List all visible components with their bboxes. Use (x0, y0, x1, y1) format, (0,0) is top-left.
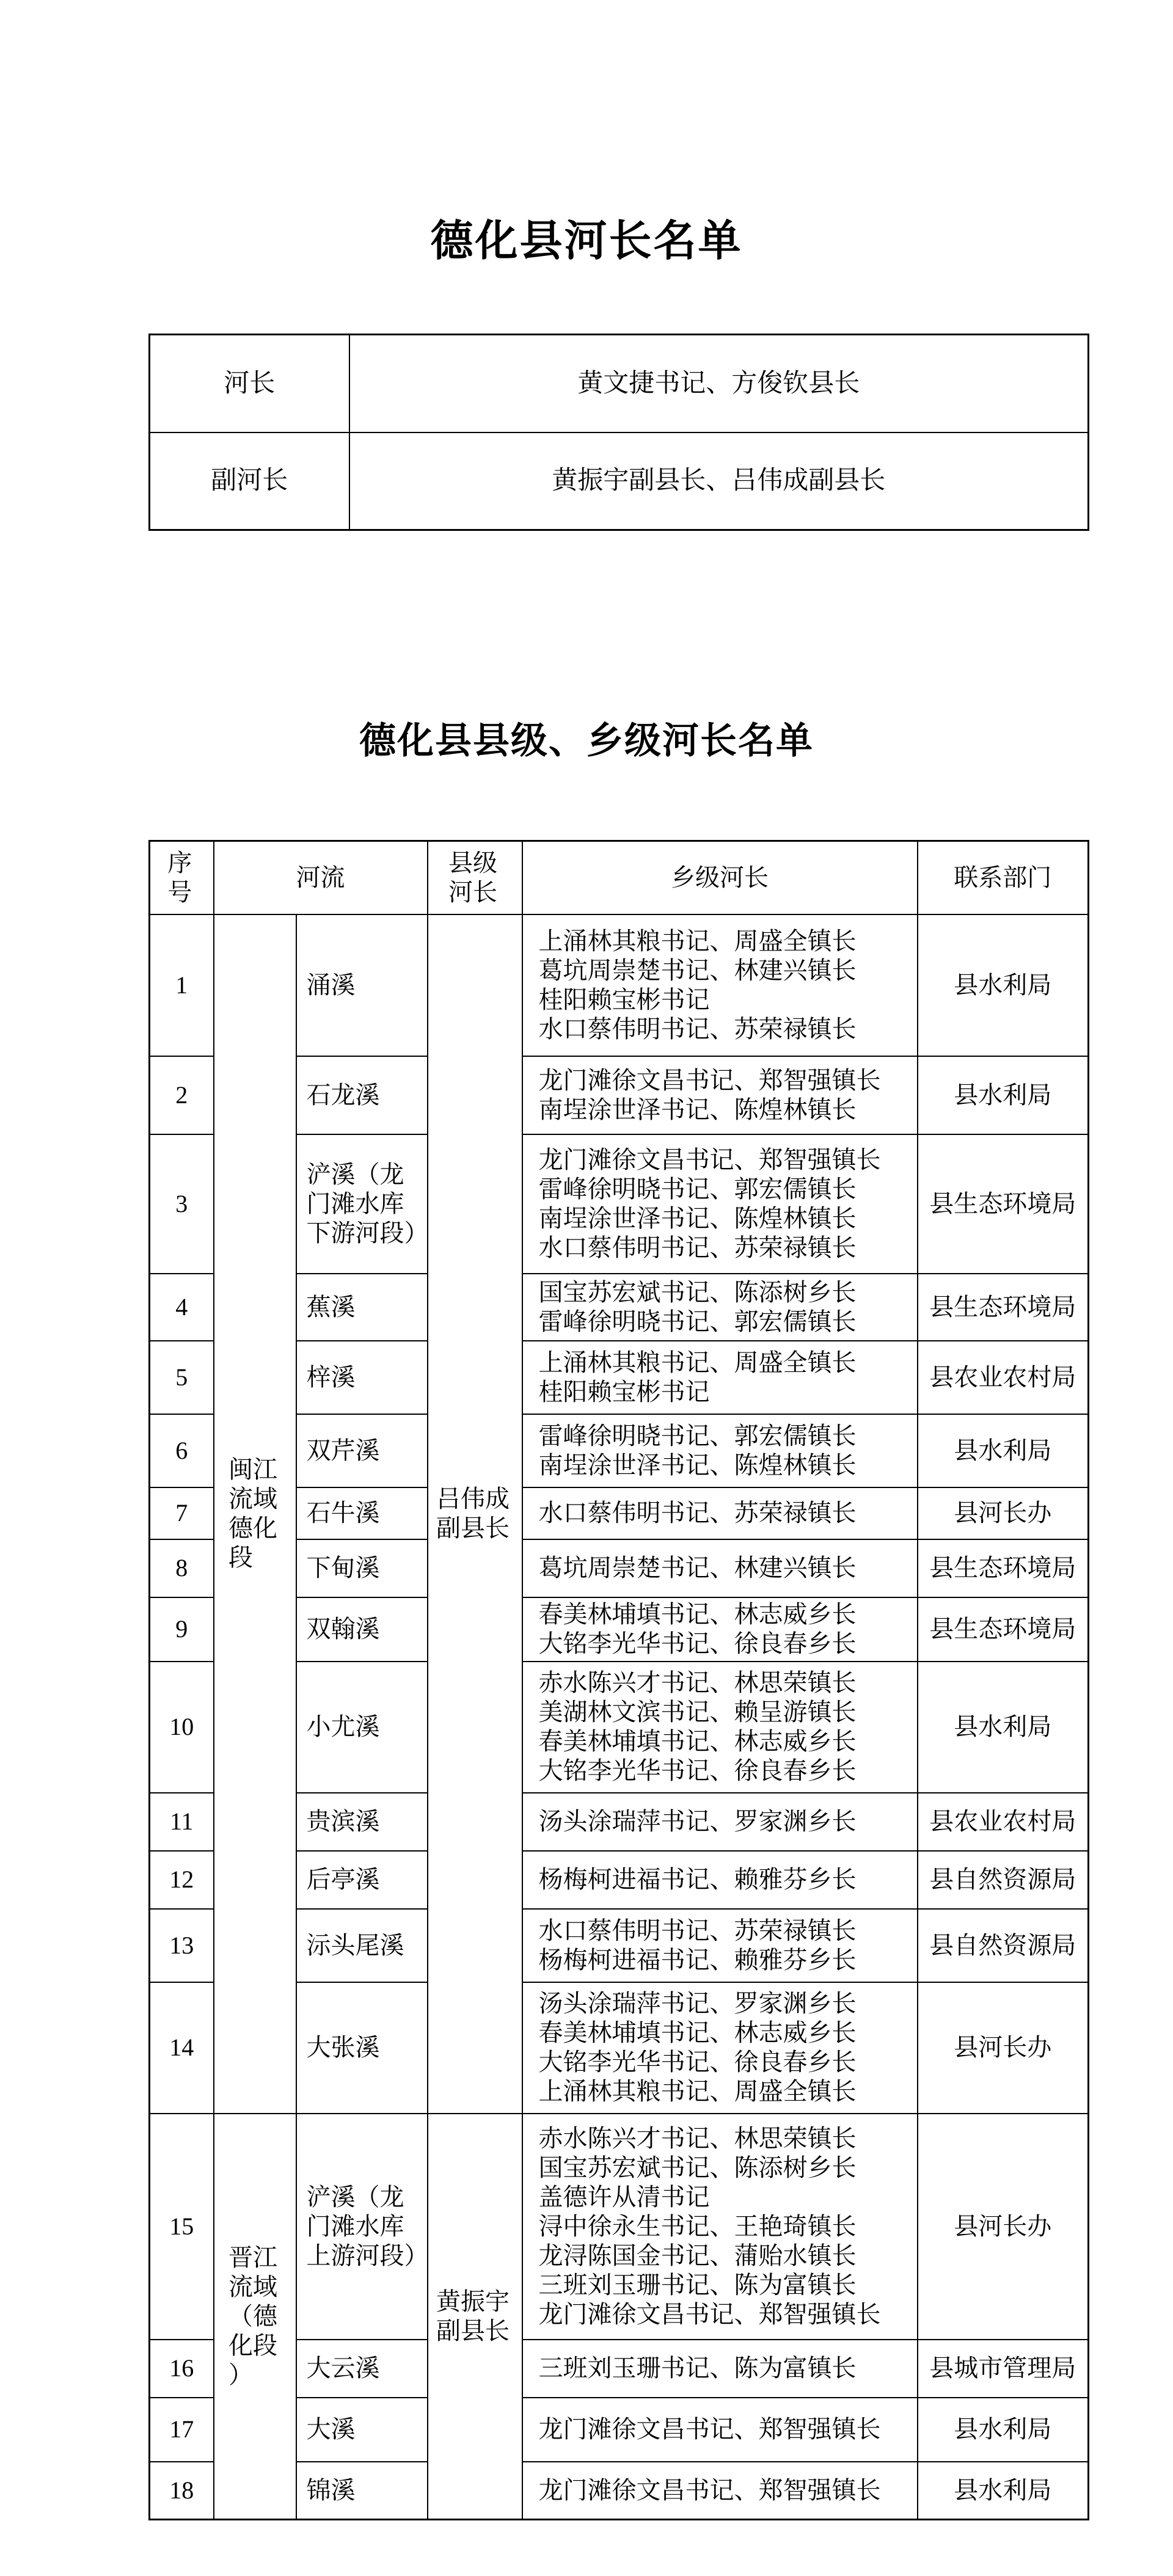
seq-cell: 14 (150, 1982, 214, 2114)
seq-cell: 7 (150, 1487, 214, 1539)
county-chief-cell: 黄振宇副县长 (428, 2114, 522, 2520)
header-no: 序号 (150, 841, 214, 914)
department-cell: 县生态环境局 (918, 1274, 1089, 1341)
seq-cell: 2 (150, 1056, 214, 1134)
township-chiefs-cell: 雷峰徐明晓书记、郭宏儒镇长 南埕涂世泽书记、陈煌林镇长 (522, 1414, 918, 1487)
township-chiefs-cell: 龙门滩徐文昌书记、郑智强镇长 南埕涂世泽书记、陈煌林镇长 (522, 1056, 918, 1134)
township-chiefs-cell: 龙门滩徐文昌书记、郑智强镇长 (522, 2398, 918, 2462)
section-title: 德化县县级、乡级河长名单 (0, 721, 1173, 761)
river-cell: 大云溪 (296, 2340, 428, 2398)
department-cell: 县河长办 (918, 1487, 1089, 1539)
department-cell: 县生态环境局 (918, 1597, 1089, 1662)
township-chiefs-cell: 赤水陈兴才书记、林思荣镇长 美湖林文滨书记、赖呈游镇长 春美林埔填书记、林志威乡… (522, 1662, 918, 1793)
river-cell: 双芹溪 (296, 1414, 428, 1487)
table-row: 1 闽江流域德化段 涌溪 吕伟成副县长 上涌林其粮书记、周盛全镇长 葛坑周崇楚书… (150, 914, 1089, 1056)
township-chiefs-cell: 水口蔡伟明书记、苏荣禄镇长 (522, 1487, 918, 1539)
township-chiefs-cell: 上涌林其粮书记、周盛全镇长 葛坑周崇楚书记、林建兴镇长 桂阳赖宝彬书记 水口蔡伟… (522, 914, 918, 1056)
seq-cell: 15 (150, 2114, 214, 2340)
department-cell: 县农业农村局 (918, 1793, 1089, 1851)
river-cell: 蕉溪 (296, 1274, 428, 1341)
department-cell: 县生态环境局 (918, 1134, 1089, 1274)
department-cell: 县水利局 (918, 2398, 1089, 2462)
department-cell: 县水利局 (918, 1414, 1089, 1487)
chief-role-label: 副河长 (150, 432, 349, 530)
department-cell: 县生态环境局 (918, 1539, 1089, 1597)
seq-cell: 1 (150, 914, 214, 1056)
river-cell: 石龙溪 (296, 1056, 428, 1134)
header-department: 联系部门 (918, 841, 1089, 914)
header-township-chief: 乡级河长 (522, 841, 918, 914)
header-river: 河流 (214, 841, 428, 914)
chief-names: 黄振宇副县长、吕伟成副县长 (349, 432, 1089, 530)
department-cell: 县河长办 (918, 1982, 1089, 2114)
department-cell: 县河长办 (918, 2114, 1089, 2340)
seq-cell: 18 (150, 2462, 214, 2520)
seq-cell: 10 (150, 1662, 214, 1793)
document-page: { "doc": { "title_main": "德化县河长名单", "tit… (0, 0, 1173, 2576)
township-chiefs-cell: 汤头涂瑞萍书记、罗家渊乡长 春美林埔填书记、林志威乡长 大铭李光华书记、徐良春乡… (522, 1982, 918, 2114)
department-cell: 县水利局 (918, 1662, 1089, 1793)
river-cell: 大溪 (296, 2398, 428, 2462)
basin-cell: 闽江流域德化段 (214, 914, 296, 2114)
basin-cell: 晋江流域（德化段） (214, 2114, 296, 2520)
department-cell: 县水利局 (918, 1056, 1089, 1134)
river-cell: 涌溪 (296, 914, 428, 1056)
township-chiefs-cell: 汤头涂瑞萍书记、罗家渊乡长 (522, 1793, 918, 1851)
seq-cell: 9 (150, 1597, 214, 1662)
river-cell: 沶头尾溪 (296, 1909, 428, 1982)
table-row: 15 晋江流域（德化段） 浐溪（龙门滩水库上游河段） 黄振宇副县长 赤水陈兴才书… (150, 2114, 1089, 2340)
river-cell: 浐溪（龙门滩水库上游河段） (296, 2114, 428, 2340)
seq-cell: 12 (150, 1851, 214, 1909)
table-row: 河长 黄文捷书记、方俊钦县长 (150, 335, 1089, 432)
township-chiefs-cell: 葛坑周崇楚书记、林建兴镇长 (522, 1539, 918, 1597)
chief-role-label: 河长 (150, 335, 349, 432)
chief-names: 黄文捷书记、方俊钦县长 (349, 335, 1089, 432)
township-chiefs-cell: 龙门滩徐文昌书记、郑智强镇长 (522, 2462, 918, 2520)
department-cell: 县城市管理局 (918, 2340, 1089, 2398)
river-cell: 后亭溪 (296, 1851, 428, 1909)
river-cell: 小尤溪 (296, 1662, 428, 1793)
department-cell: 县农业农村局 (918, 1341, 1089, 1414)
seq-cell: 5 (150, 1341, 214, 1414)
township-chiefs-cell: 三班刘玉珊书记、陈为富镇长 (522, 2340, 918, 2398)
seq-cell: 17 (150, 2398, 214, 2462)
river-cell: 贵滨溪 (296, 1793, 428, 1851)
township-chiefs-cell: 春美林埔填书记、林志威乡长 大铭李光华书记、徐良春乡长 (522, 1597, 918, 1662)
river-cell: 大张溪 (296, 1982, 428, 2114)
township-chiefs-cell: 国宝苏宏斌书记、陈添树乡长 雷峰徐明晓书记、郭宏儒镇长 (522, 1274, 918, 1341)
river-cell: 双翰溪 (296, 1597, 428, 1662)
seq-cell: 16 (150, 2340, 214, 2398)
township-chiefs-cell: 赤水陈兴才书记、林思荣镇长 国宝苏宏斌书记、陈添树乡长 盖德许从清书记 浔中徐永… (522, 2114, 918, 2340)
seq-cell: 11 (150, 1793, 214, 1851)
table-row: 副河长 黄振宇副县长、吕伟成副县长 (150, 432, 1089, 530)
seq-cell: 4 (150, 1274, 214, 1341)
river-cell: 梓溪 (296, 1341, 428, 1414)
river-cell: 锦溪 (296, 2462, 428, 2520)
department-cell: 县水利局 (918, 2462, 1089, 2520)
department-cell: 县自然资源局 (918, 1909, 1089, 1982)
header-row: 序号 河流 县级河长 乡级河长 联系部门 (150, 841, 1089, 914)
county-chief-cell: 吕伟成副县长 (428, 914, 522, 2114)
river-cell: 下甸溪 (296, 1539, 428, 1597)
county-chiefs-summary-table: 河长 黄文捷书记、方俊钦县长 副河长 黄振宇副县长、吕伟成副县长 (148, 334, 1089, 531)
page-title: 德化县河长名单 (0, 0, 1173, 265)
seq-cell: 8 (150, 1539, 214, 1597)
township-chiefs-cell: 水口蔡伟明书记、苏荣禄镇长 杨梅柯进福书记、赖雅芬乡长 (522, 1909, 918, 1982)
township-chiefs-cell: 龙门滩徐文昌书记、郑智强镇长 雷峰徐明晓书记、郭宏儒镇长 南埕涂世泽书记、陈煌林… (522, 1134, 918, 1274)
department-cell: 县自然资源局 (918, 1851, 1089, 1909)
river-chiefs-table: 序号 河流 县级河长 乡级河长 联系部门 1 闽江流域德化段 涌溪 吕伟成副县长… (148, 840, 1089, 2520)
township-chiefs-cell: 杨梅柯进福书记、赖雅芬乡长 (522, 1851, 918, 1909)
seq-cell: 13 (150, 1909, 214, 1982)
township-chiefs-cell: 上涌林其粮书记、周盛全镇长 桂阳赖宝彬书记 (522, 1341, 918, 1414)
seq-cell: 3 (150, 1134, 214, 1274)
seq-cell: 6 (150, 1414, 214, 1487)
header-county-chief: 县级河长 (428, 841, 522, 914)
river-cell: 浐溪（龙门滩水库下游河段） (296, 1134, 428, 1274)
river-cell: 石牛溪 (296, 1487, 428, 1539)
department-cell: 县水利局 (918, 914, 1089, 1056)
